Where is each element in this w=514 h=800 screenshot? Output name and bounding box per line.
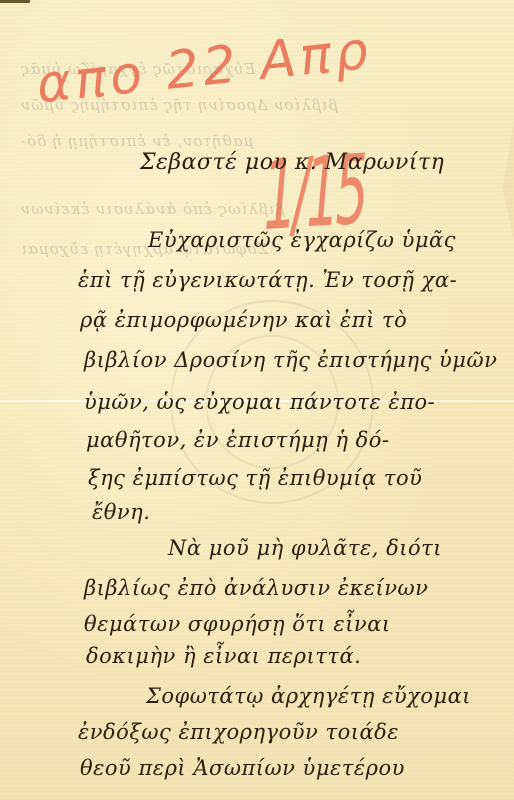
- letter-line: μαθῆτον, ἐν ἐπιστήμῃ ἡ δό-: [86, 428, 390, 452]
- bleed-through-text: βιβλίως ἐπὸ ἀνάλυσιν ἐκείνων: [20, 200, 284, 218]
- letter-line: βιβλίον Δροσίνη τῆς ἐπιστήμης ὑμῶν: [84, 348, 497, 372]
- letter-line: βιβλίως ἐπὸ ἀνάλυσιν ἐκείνων: [84, 576, 428, 600]
- letter-line: δοκιμὴν ἢ εἶναι περιττά.: [86, 644, 361, 668]
- letter-line: ρᾷ ἐπιμορφωμένην καὶ ἐπὶ τὸ: [80, 308, 407, 332]
- letter-line: ἐνδόξως ἐπιχορηγοῦν τοιάδε: [78, 720, 399, 744]
- letter-line: ὑμῶν, ὡς εὐχομαι πάντοτε ἐπο-: [84, 390, 435, 414]
- letter-line: θεμάτων σφυρήσῃ ὅτι εἶναι: [84, 612, 391, 636]
- letter-line: Εὐχαριστῶς ἐγχαρίζω ὑμᾶς: [148, 228, 456, 252]
- letter-line: ἔθνη.: [92, 500, 150, 524]
- letter-line: θεοῦ περὶ Ἀσωπίων ὑμετέρου: [80, 756, 405, 780]
- letter-line: ἐπὶ τῇ εὐγενικωτάτῃ. Ἐν τοσῇ χα-: [78, 268, 457, 292]
- scan-edge: [0, 0, 30, 3]
- letter-line: Σοφωτάτῳ ἀρχηγέτῃ εὔχομαι: [146, 684, 471, 708]
- letter-page: Εὐχαριστῶς ἐγχαρίζω ὑμᾶς βιβλίον Δροσίνη…: [0, 0, 514, 800]
- letter-salutation: Σεβαστέ μου κ. Μαρωνίτη: [140, 150, 444, 175]
- letter-line: ξης ἐμπίστως τῇ ἐπιθυμίᾳ τοῦ: [88, 466, 422, 490]
- letter-line: Νὰ μοῦ μὴ φυλᾶτε, διότι: [168, 536, 442, 560]
- bleed-through-text: μαθῆτον, ἐν ἐπιστήμῃ ἡ δό-: [20, 132, 254, 150]
